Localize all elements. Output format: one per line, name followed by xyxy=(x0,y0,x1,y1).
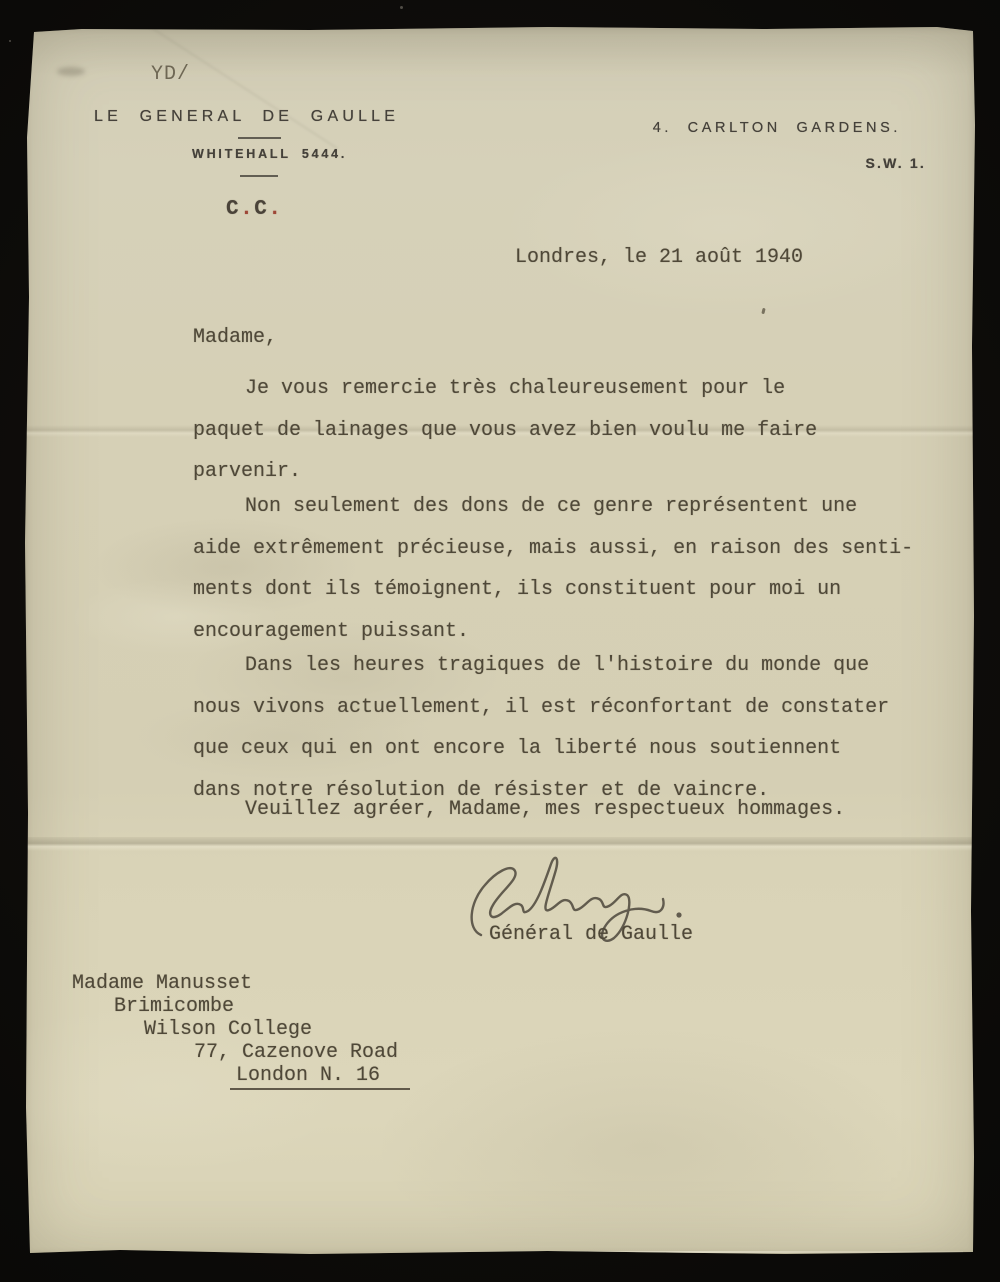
letterhead-address-line2: S.W. 1. xyxy=(865,155,926,171)
fold-crease-lower xyxy=(25,837,975,851)
dust-speck xyxy=(9,40,11,42)
corner-crease xyxy=(52,0,338,149)
cc-stamp: C.C. xyxy=(226,198,282,221)
photo-background: YD/ LE GENERAL DE GAULLE WHITEHALL 5444.… xyxy=(0,0,1000,1282)
pencil-smudge xyxy=(57,67,85,76)
stamp-dot: . xyxy=(240,198,254,221)
letterhead-name: LE GENERAL DE GAULLE xyxy=(94,108,399,126)
reference-code: YD/ xyxy=(151,63,190,86)
closing-line: Veuillez agréer, Madame, mes respectueux… xyxy=(193,798,953,821)
recipient-line: 77, Cazenove Road xyxy=(194,1041,410,1064)
letter-paper: YD/ LE GENERAL DE GAULLE WHITEHALL 5444.… xyxy=(25,27,975,1255)
recipient-line: London N. 16 xyxy=(236,1064,410,1090)
stray-type-mark xyxy=(761,308,765,315)
dust-speck xyxy=(400,6,403,9)
dateline: Londres, le 21 août 1940 xyxy=(515,246,803,269)
letterhead-rule-top xyxy=(238,137,281,139)
typed-signature-name: Général de Gaulle xyxy=(489,923,693,946)
stamp-dot: . xyxy=(268,198,282,221)
letterhead-rule-bottom xyxy=(240,175,278,177)
paper-edge-highlight xyxy=(424,1251,963,1253)
recipient-line: Wilson College xyxy=(144,1018,410,1041)
recipient-address: Madame Manusset Brimicombe Wilson Colleg… xyxy=(72,972,410,1090)
recipient-line: Brimicombe xyxy=(114,995,410,1018)
stamp-letter: C xyxy=(254,198,268,221)
stamp-letter: C xyxy=(226,198,240,221)
salutation: Madame, xyxy=(193,326,277,349)
recipient-line: Madame Manusset xyxy=(72,972,410,995)
body-paragraph-2: Non seulement des dons de ce genre repré… xyxy=(193,486,953,652)
letterhead-phone: WHITEHALL 5444. xyxy=(192,147,347,161)
body-paragraph-3: Dans les heures tragiques de l'histoire … xyxy=(193,645,953,811)
recipient-postcode-underlined: London N. 16 xyxy=(230,1064,410,1090)
letterhead-address-line1: 4. CARLTON GARDENS. xyxy=(653,120,901,136)
body-paragraph-1: Je vous remercie très chaleureusement po… xyxy=(193,368,953,493)
